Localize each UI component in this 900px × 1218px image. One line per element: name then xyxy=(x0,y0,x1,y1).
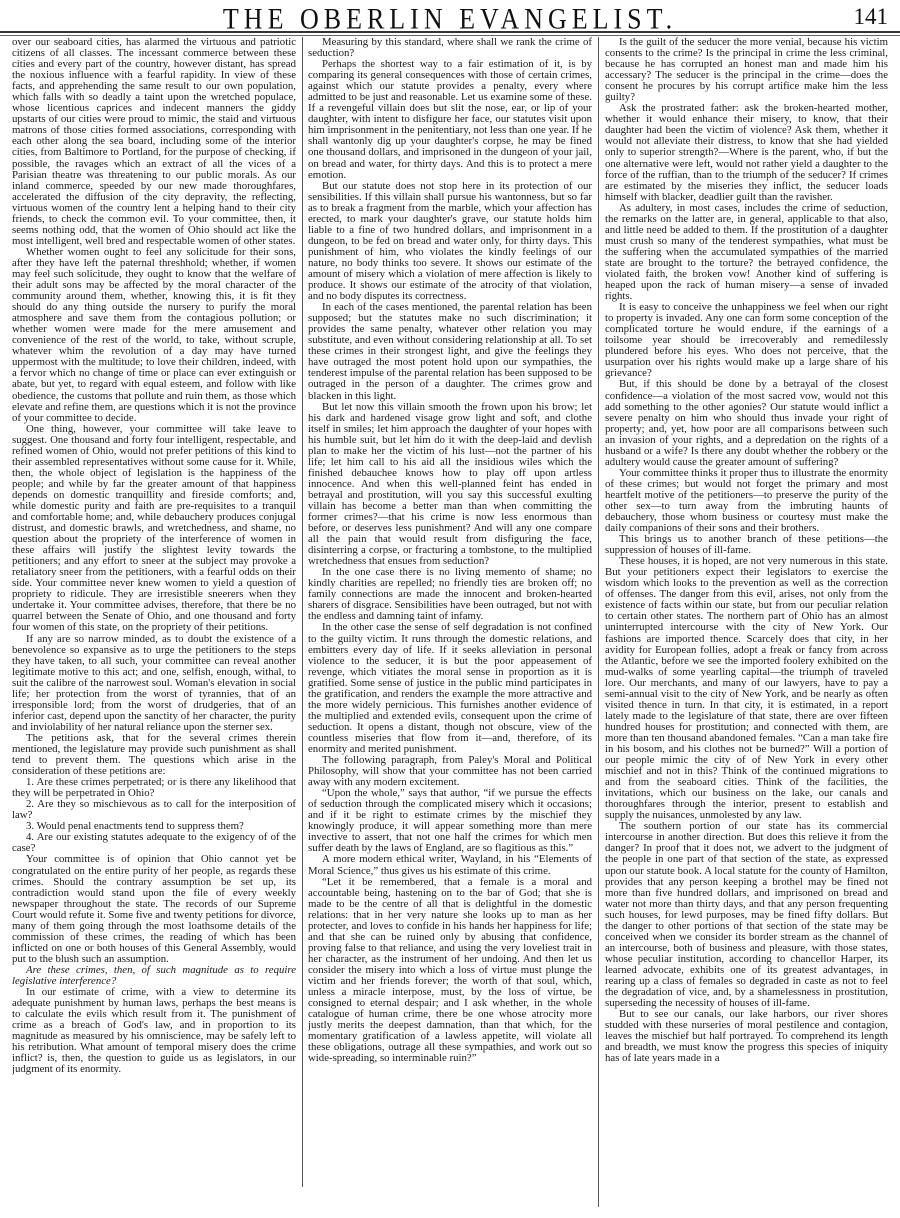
paragraph: One thing, however, your committee will … xyxy=(12,424,296,634)
paragraph: Perhaps the shortest way to a fair estim… xyxy=(308,59,592,181)
paragraph: As adultery, in most cases, includes the… xyxy=(605,203,888,302)
paragraph: A more modern ethical writer, Wayland, i… xyxy=(308,854,592,876)
question-item: 2. Are they so mischievous as to call fo… xyxy=(12,799,296,821)
paragraph: But let now this villain smooth the frow… xyxy=(308,402,592,568)
paragraph: Measuring by this standard, where shall … xyxy=(308,37,592,59)
quotation: “Let it be remembered, that a female is … xyxy=(308,877,592,1065)
paragraph: Ask the prostrated father: ask the broke… xyxy=(605,103,888,202)
quotation: “Upon the whole,” says that author, “if … xyxy=(308,788,592,854)
paragraph: It is easy to conceive the unhappiness w… xyxy=(605,302,888,379)
question-item: 1. Are these crimes perpetrated; or is t… xyxy=(12,777,296,799)
paragraph: In each of the cases mentioned, the pare… xyxy=(308,302,592,401)
paragraph: In the one case there is no living memen… xyxy=(308,567,592,622)
masthead: THE OBERLIN EVANGELIST. 141 xyxy=(0,0,900,30)
paragraph: But to see our canals, our lake harbors,… xyxy=(605,1009,888,1064)
masthead-rule xyxy=(0,31,900,36)
paragraph: Whether women ought to feel any solicitu… xyxy=(12,247,296,424)
paragraph: But, if this should be done by a betraya… xyxy=(605,379,888,467)
question-item: 4. Are our existing statutes adequate to… xyxy=(12,832,296,854)
paragraph: Your committee thinks it proper thus to … xyxy=(605,468,888,534)
italic-question: Are these crimes, then, of such magnitud… xyxy=(12,965,296,987)
paragraph: The petitions ask, that for the several … xyxy=(12,733,296,777)
column-divider xyxy=(598,37,599,1207)
paragraph: This brings us to another branch of thes… xyxy=(605,534,888,556)
paragraph: Your committee is of opinion that Ohio c… xyxy=(12,854,296,964)
paragraph: These houses, it is hoped, are not very … xyxy=(605,556,888,821)
column-1: over our seaboard cities, has alarmed th… xyxy=(12,37,296,1218)
column-divider xyxy=(302,37,303,1187)
paragraph: In the other case the sense of self degr… xyxy=(308,622,592,755)
page-number: 141 xyxy=(854,4,889,30)
paragraph: over our seaboard cities, has alarmed th… xyxy=(12,37,296,247)
paragraph: The following paragraph, from Paley's Mo… xyxy=(308,755,592,788)
paragraph: The southern portion of our state has it… xyxy=(605,821,888,1009)
paragraph: In our estimate of crime, with a view to… xyxy=(12,987,296,1075)
paragraph: But our statute does not stop here in it… xyxy=(308,181,592,303)
article-body: over our seaboard cities, has alarmed th… xyxy=(0,37,900,1218)
column-2: Measuring by this standard, where shall … xyxy=(308,37,592,1218)
paragraph: If any are so narrow minded, as to doubt… xyxy=(12,634,296,733)
paragraph: Is the guilt of the seducer the more ven… xyxy=(605,37,888,103)
column-3: Is the guilt of the seducer the more ven… xyxy=(605,37,888,1218)
